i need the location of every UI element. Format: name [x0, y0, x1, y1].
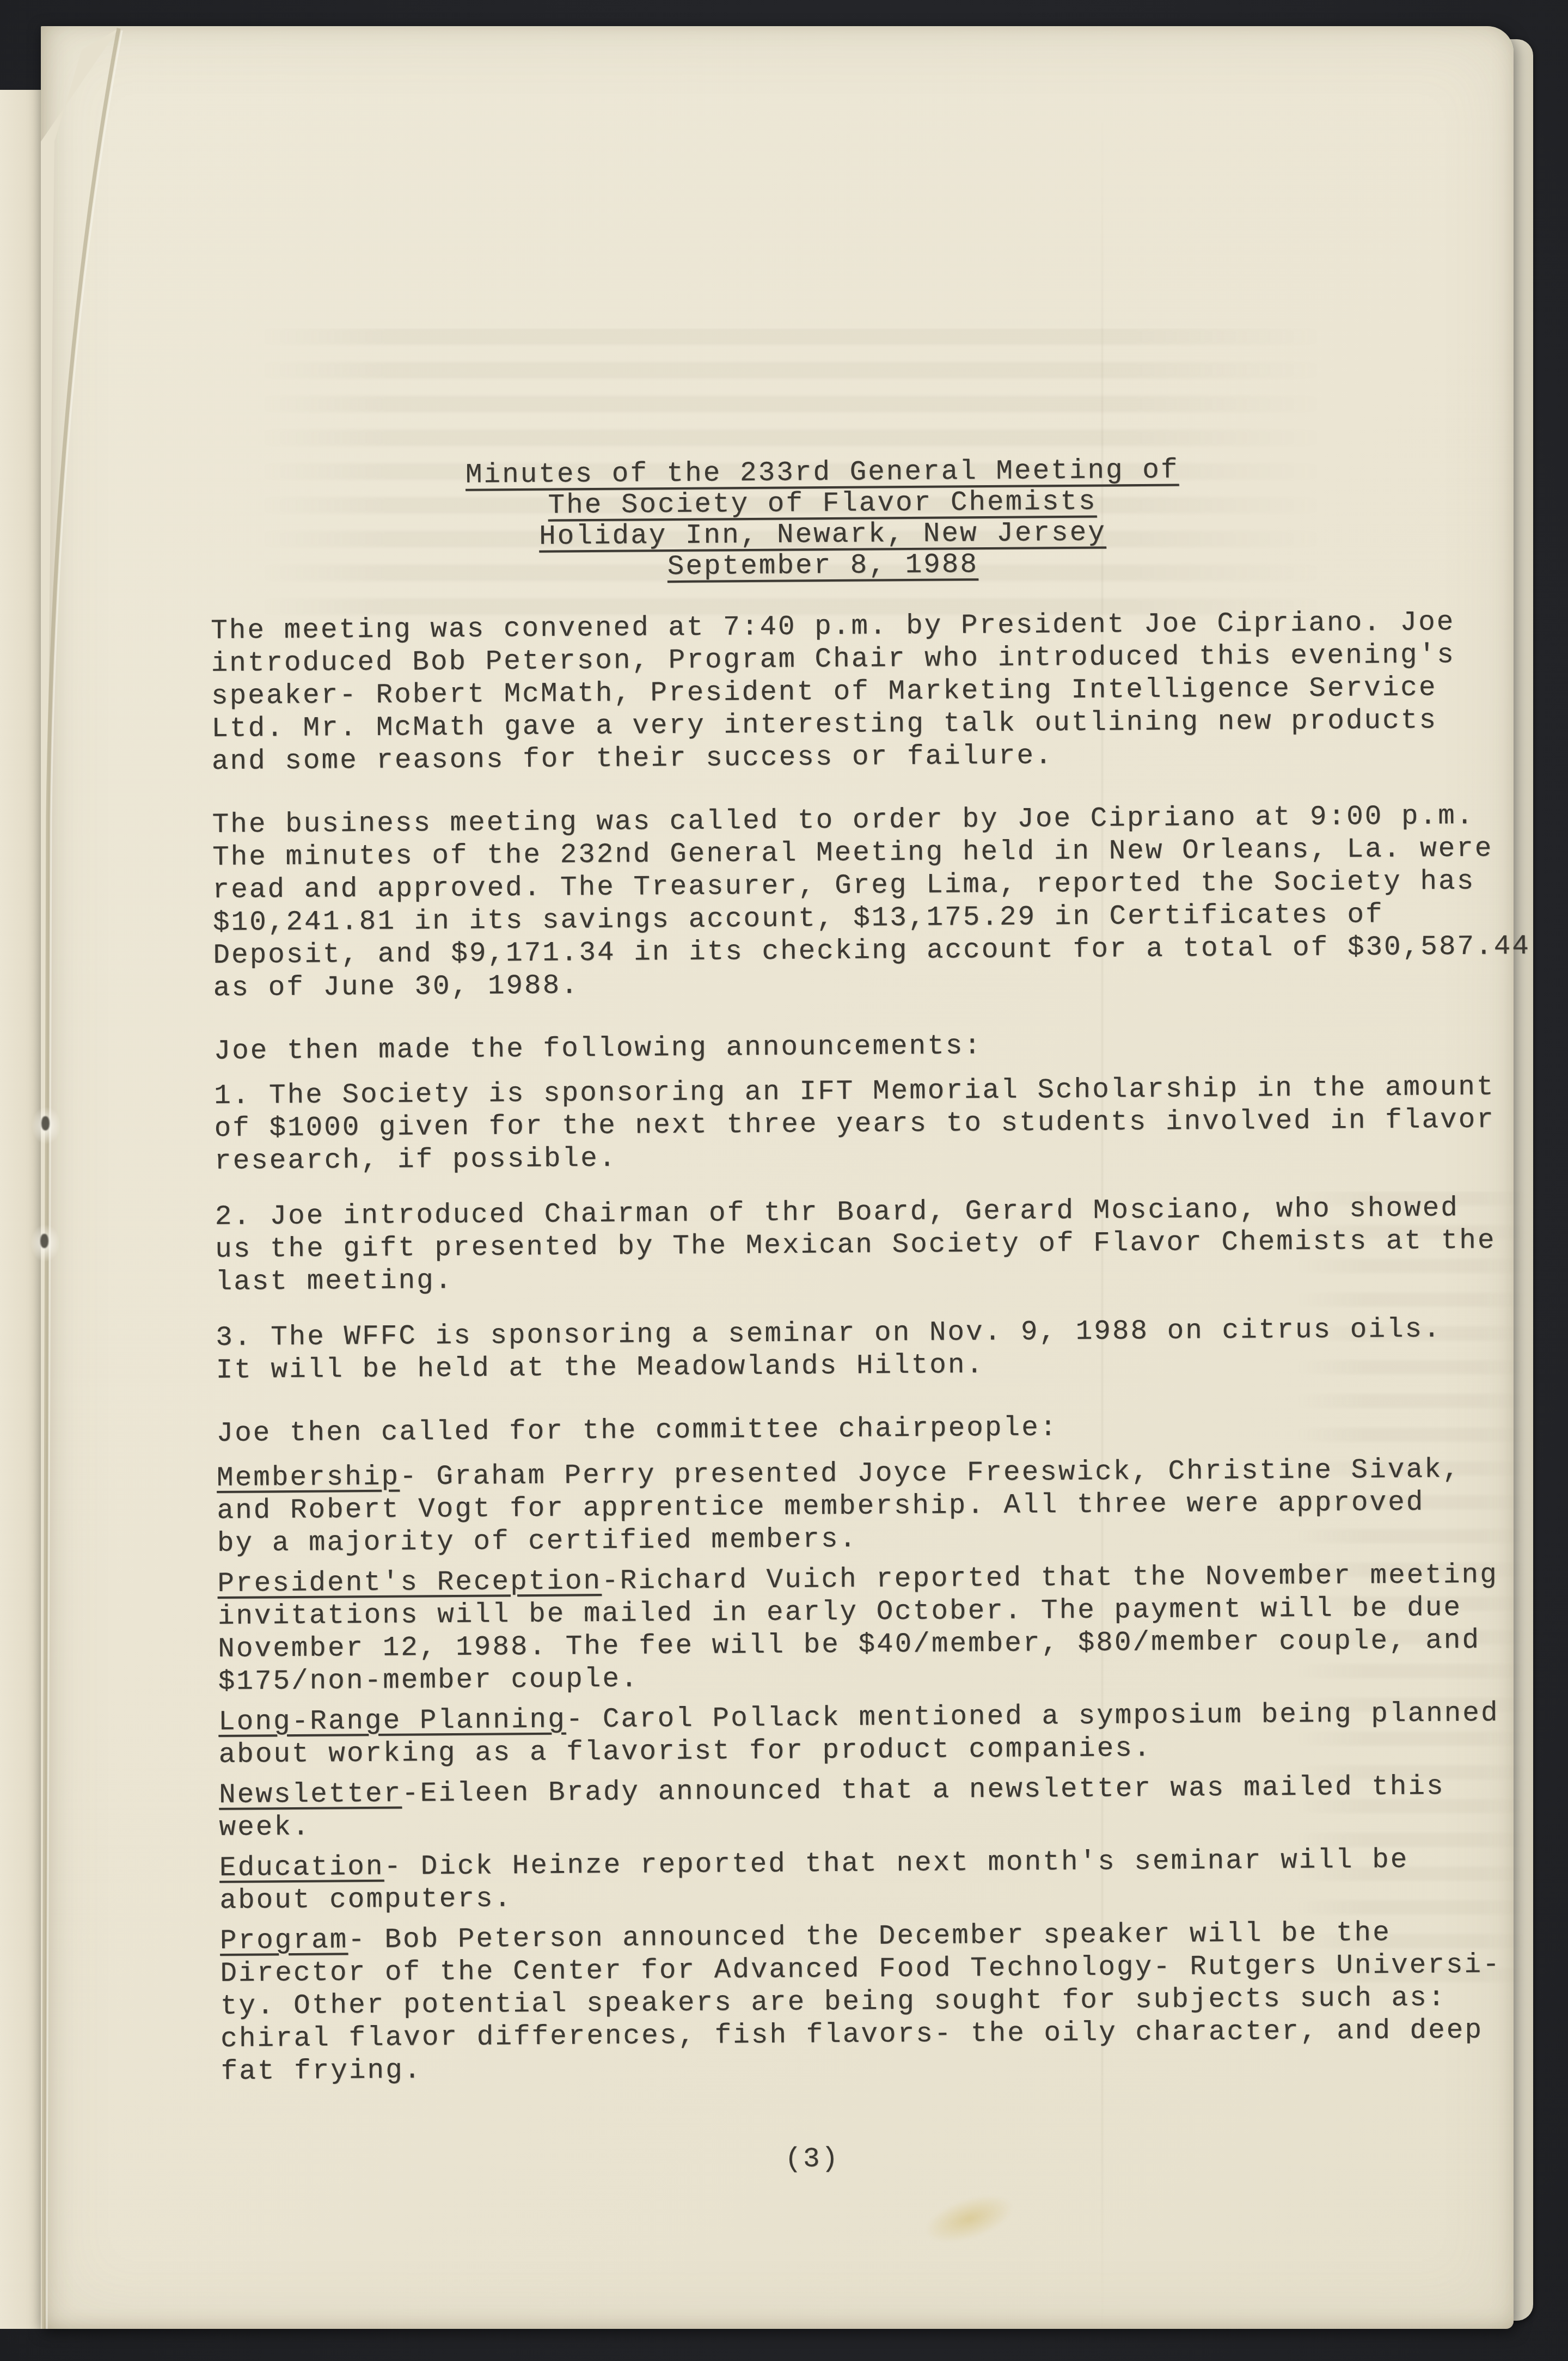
section-label: Newsletter: [219, 1779, 402, 1811]
section-label: President's Reception: [217, 1566, 602, 1600]
section-first-line: - Dick Heinze reported that next month's…: [384, 1845, 1408, 1883]
scan-background: Minutes of the 233rd General Meeting of …: [0, 0, 1568, 2361]
section-presidents-reception: President's Reception-Richard Vuich repo…: [217, 1558, 1568, 1699]
section-label: Education: [219, 1852, 384, 1884]
announcement-item-1: 1. The Society is sponsoring an IFT Memo…: [214, 1071, 1568, 1178]
section-first-line: - Bob Peterson announced the December sp…: [348, 1918, 1391, 1956]
section-body: invitations will be mailed in early Octo…: [218, 1591, 1568, 1699]
announcement-item-2: 2. Joe introduced Chairman of thr Board,…: [215, 1191, 1568, 1299]
section-body: and Robert Vogt for apprentice membershi…: [217, 1485, 1568, 1561]
section-label: Long-Range Planning: [218, 1704, 566, 1738]
ink-smudge: [919, 2186, 1020, 2253]
stitch-hole-icon: [40, 1234, 48, 1248]
document-title: Minutes of the 233rd General Meeting of …: [136, 452, 1509, 586]
page-number: (3): [126, 2139, 1498, 2181]
announcement-item-3: 3. The WFFC is sponsoring a seminar on N…: [216, 1312, 1568, 1387]
section-education: Education- Dick Heinze reported that nex…: [219, 1843, 1568, 1918]
section-body: Director of the Center for Advanced Food…: [220, 1948, 1568, 2089]
typed-content: Minutes of the 233rd General Meeting of …: [210, 452, 1568, 2180]
section-first-line: - Carol Pollack mentioned a symposium be…: [566, 1698, 1499, 1736]
section-newsletter: Newsletter-Eileen Brady announced that a…: [219, 1770, 1568, 1845]
section-label: Membership: [217, 1462, 400, 1494]
section-membership: Membership- Graham Perry presented Joyce…: [217, 1453, 1568, 1561]
document-page: Minutes of the 233rd General Meeting of …: [41, 26, 1514, 2329]
stitch-hole-icon: [41, 1116, 50, 1130]
section-program: Program- Bob Peterson announced the Dece…: [220, 1916, 1568, 2089]
section-first-line: - Graham Perry presented Joyce Freeswick…: [400, 1454, 1461, 1493]
paragraph-business-meeting: The business meeting was called to order…: [212, 799, 1568, 1005]
section-first-line: -Eileen Brady announced that a newslette…: [402, 1771, 1445, 1809]
committees-heading: Joe then called for the committee chairp…: [216, 1408, 1568, 1451]
paragraph-opening: The meeting was convened at 7:40 p.m. by…: [211, 605, 1568, 779]
section-first-line: -Richard Vuich reported that the Novembe…: [602, 1560, 1498, 1597]
section-long-range-planning: Long-Range Planning- Carol Pollack menti…: [218, 1697, 1568, 1772]
announcements-heading: Joe then made the following announcement…: [213, 1026, 1568, 1068]
section-label: Program: [220, 1925, 348, 1957]
